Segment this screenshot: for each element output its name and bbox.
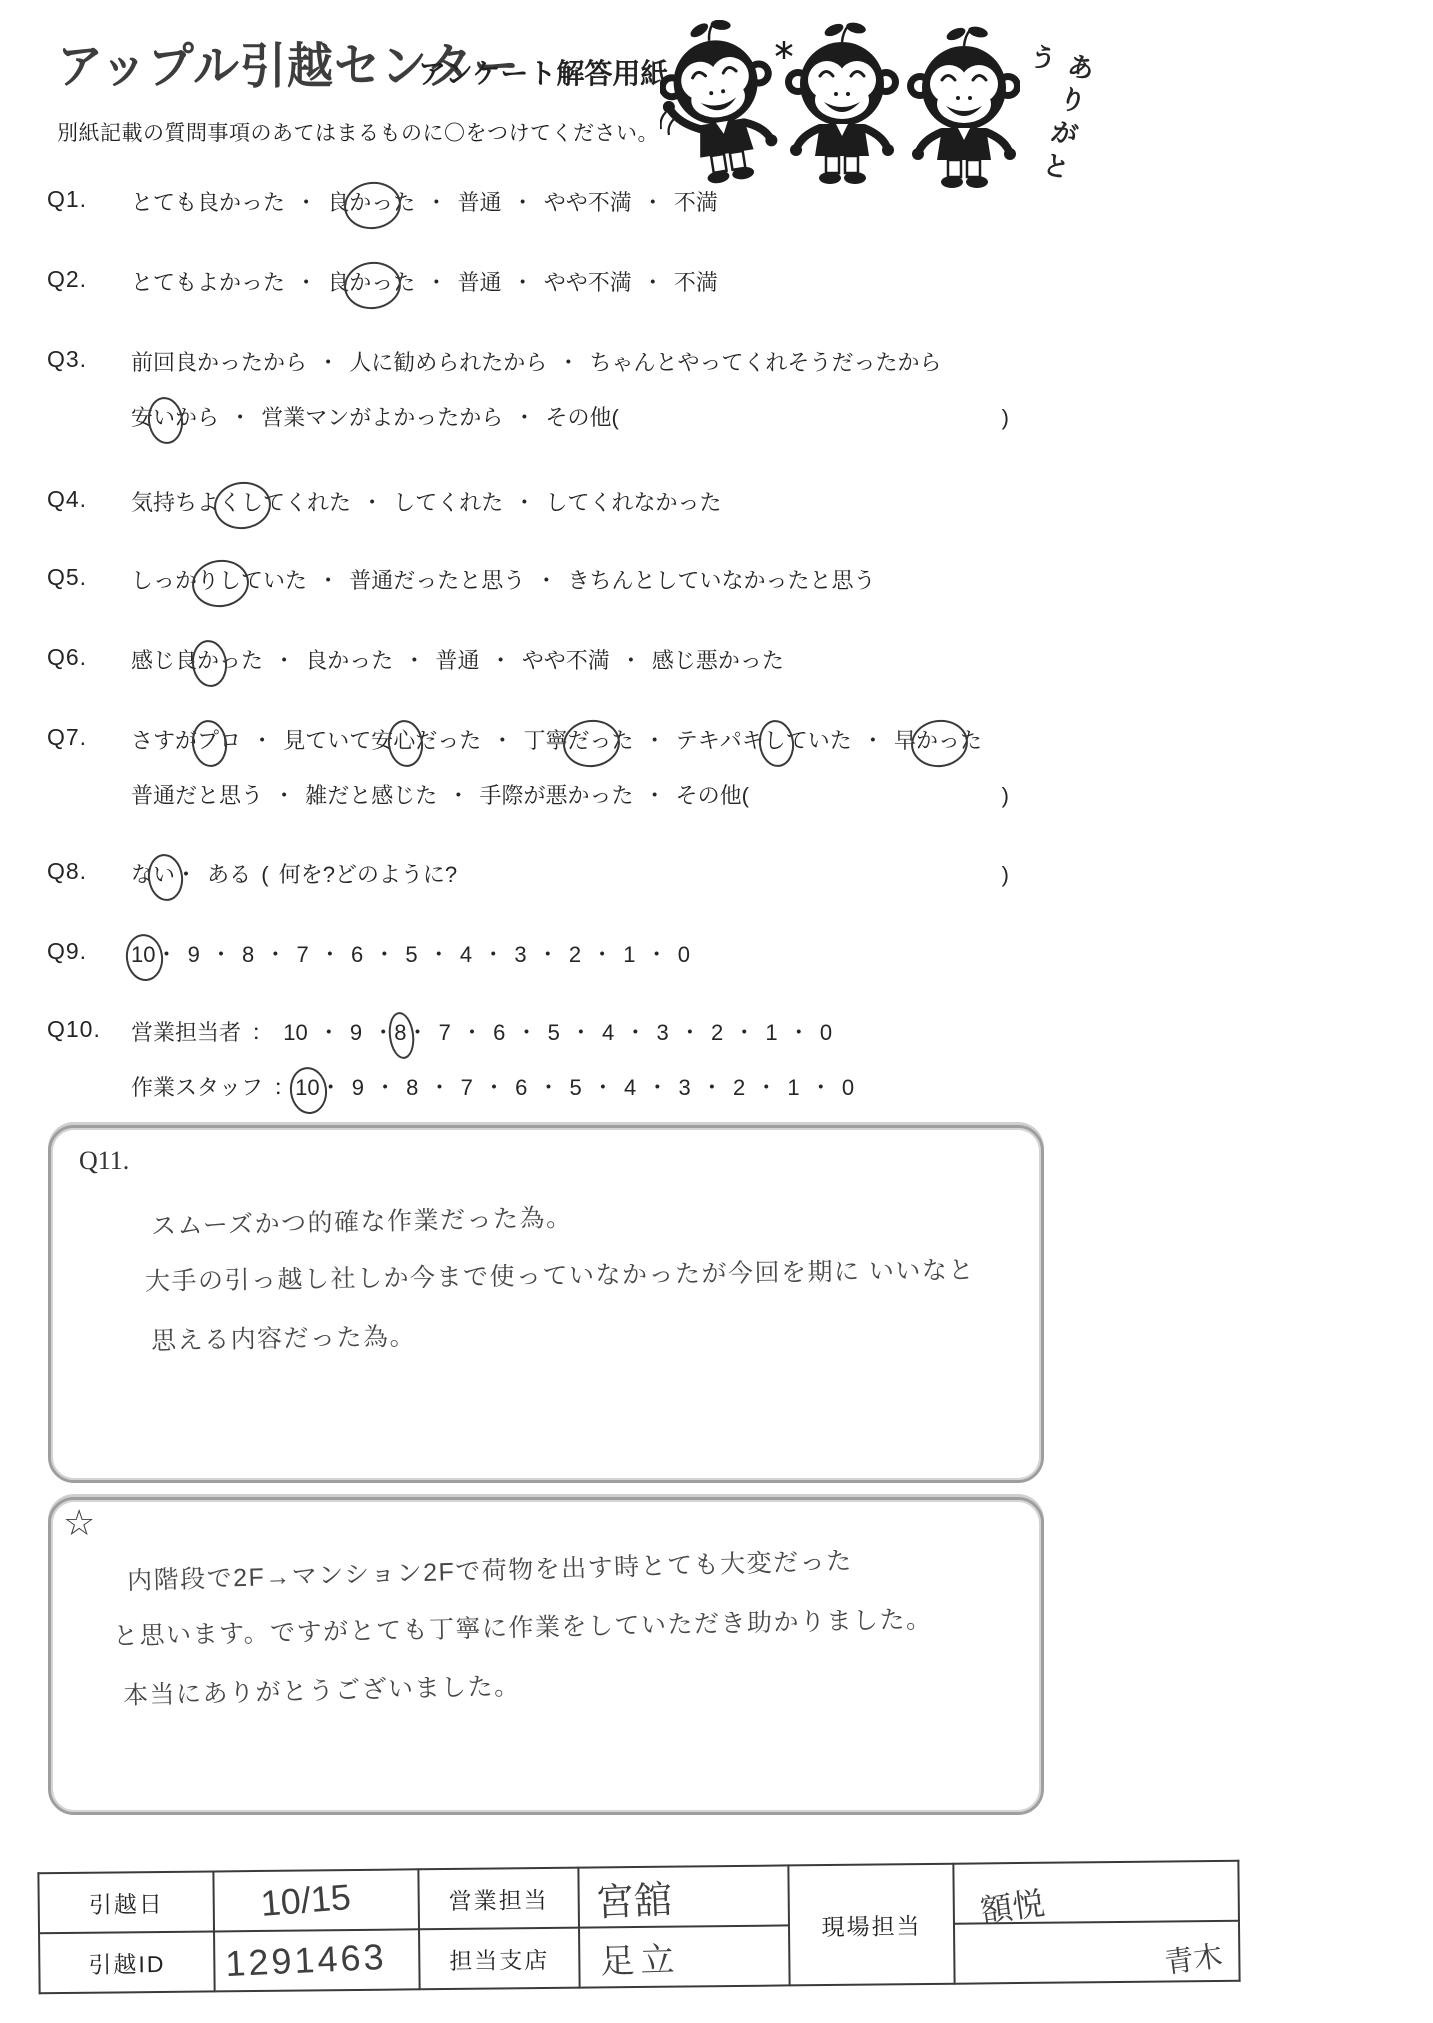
question-label: Q1. (47, 186, 131, 213)
circled-answer: くし (219, 486, 263, 520)
option-text: た ・ 普通 ・ やや不満 ・ 不満 (393, 266, 718, 300)
question-q5: Q5.しっかりしていた ・ 普通だったと思う ・ きちんとしていなかったと思う (47, 564, 1057, 619)
option-text: ロ ・ 見ていて安 (219, 724, 393, 758)
option-text: ・ 9 ・ 8 ・ 7 ・ 6 ・ 5 ・ 4 ・ 3 ・ 2 ・ 1 ・ 0 (320, 1071, 855, 1105)
q11-label: Q11. (79, 1146, 129, 1176)
star-icon: ☆ (63, 1502, 95, 1544)
form-title: アンケート解答用紙 (418, 52, 668, 92)
question-label: Q9. (47, 938, 131, 965)
branch-label: 担当支店 (419, 1928, 580, 1990)
move-id-value: 1291463 (224, 1936, 387, 1985)
question-options-line: とても良かった ・ 良かった ・ 普通 ・ やや不満 ・ 不満 (131, 186, 1009, 220)
option-text: 気持ちよ (131, 486, 219, 520)
branch-name: 足立 (600, 1931, 681, 1982)
site-crew-label: 現場担当 (788, 1864, 954, 1986)
question-label: Q2. (47, 266, 131, 293)
question-label: Q4. (47, 486, 131, 513)
mascot-illustration: ありがとう (660, 20, 1080, 200)
close-paren: ) (1002, 401, 1009, 435)
site-crew-name-2: 青木 (1162, 1934, 1225, 1982)
question-label: Q6. (47, 644, 131, 671)
question-q4: Q4.気持ちよくしてくれた ・ してくれた ・ してくれなかった (47, 486, 1057, 541)
option-text: ていた ・ 早 (786, 724, 916, 758)
monkey-mascots-drawing (660, 20, 1020, 200)
circled-answer: し (764, 724, 786, 758)
close-paren: ) (1002, 858, 1009, 892)
circled-answer: かっ (349, 266, 393, 300)
circled-answer: 10 (295, 1071, 319, 1105)
question-q8: Q8.ない ・ ある ( 何を?どのように?) (47, 858, 1057, 913)
option-text: た ・ 普通 ・ やや不満 ・ 不満 (393, 186, 718, 220)
q11-handwritten-answer: スムーズかつ的確な作業だった為。大手の引っ越し社しか今まで使っていなかったが今回… (151, 1200, 975, 1374)
circled-answer: い (153, 401, 175, 435)
option-text: とても良かった ・ 良 (131, 186, 349, 220)
question-options-line: ない ・ ある ( 何を?どのように?) (131, 858, 1009, 892)
option-text: ・ 7 ・ 6 ・ 5 ・ 4 ・ 3 ・ 2 ・ 1 ・ 0 (407, 1016, 833, 1050)
question-label: Q5. (47, 564, 131, 591)
circled-answer: だっ (568, 724, 612, 758)
question-label: Q3. (47, 346, 131, 373)
option-text: った ・ 良かった ・ 普通 ・ やや不満 ・ 感じ悪かった (219, 644, 784, 678)
handwritten-line: 内階段で2F→マンション2Fで荷物を出す時とても大変だった (127, 1541, 933, 1599)
option-text: てくれた ・ してくれた ・ してくれなかった (263, 486, 721, 520)
free-handwritten-comment: 内階段で2F→マンション2Fで荷物を出す時とても大変だったと思います。ですがとて… (113, 1552, 933, 1726)
question-q10: Q10.営業担当者 ： 10 ・ 9 ・ 8 ・ 7 ・ 6 ・ 5 ・ 4 ・… (47, 1016, 1057, 1126)
question-options-line: とてもよかった ・ 良かった ・ 普通 ・ やや不満 ・ 不満 (131, 266, 1009, 300)
question-options-line: さすがプロ ・ 見ていて安心だった ・ 丁寧だった ・ テキパキしていた ・ 早… (131, 724, 1009, 758)
option-text: さすが (131, 724, 197, 758)
question-options-line: 安いから ・ 営業マンがよかったから ・ その他() (131, 401, 1009, 435)
option-text: しっか (131, 564, 197, 598)
handwritten-line: 本当にありがとうございました。 (123, 1658, 933, 1714)
option-text: 感じ良 (131, 644, 197, 678)
option-text: 普通だと思う ・ 雑だと感じた ・ 手際が悪かった ・ その他( (131, 779, 749, 813)
option-text: から ・ 営業マンがよかったから ・ その他( (175, 401, 619, 435)
question-q7: Q7.さすがプロ ・ 見ていて安心だった ・ 丁寧だった ・ テキパキしていた … (47, 724, 1057, 834)
question-q3: Q3.前回良かったから ・ 人に勧められたから ・ ちゃんとやってくれそうだった… (47, 346, 1057, 456)
circled-answer: かっ (349, 186, 393, 220)
question-options-line: 感じ良かった ・ 良かった ・ 普通 ・ やや不満 ・ 感じ悪かった (131, 644, 1009, 678)
sales-rep-label: 営業担当 (418, 1868, 579, 1930)
question-options-line: 10 ・ 9 ・ 8 ・ 7 ・ 6 ・ 5 ・ 4 ・ 3 ・ 2 ・ 1 ・… (131, 938, 1009, 972)
handwritten-line: スムーズかつ的確な作業だった為。 (151, 1191, 976, 1244)
question-label: Q7. (47, 724, 131, 751)
question-options-line: 気持ちよくしてくれた ・ してくれた ・ してくれなかった (131, 486, 1009, 520)
option-text: だった ・ 丁寧 (415, 724, 567, 758)
circled-answer: 8 (394, 1016, 406, 1050)
smiling-monkey-icon (785, 21, 899, 184)
question-options-line: 普通だと思う ・ 雑だと感じた ・ 手際が悪かった ・ その他() (131, 779, 1009, 813)
circled-answer: プ (197, 724, 219, 758)
close-paren: ) (1002, 779, 1009, 813)
circled-answer: い (153, 858, 175, 892)
question-q9: Q9.10 ・ 9 ・ 8 ・ 7 ・ 6 ・ 5 ・ 4 ・ 3 ・ 2 ・ … (47, 938, 1057, 993)
sales-rep-name: 宮舘 (594, 1868, 672, 1926)
free-comment-box: ☆ 内階段で2F→マンション2Fで荷物を出す時とても大変だったと思います。ですが… (48, 1497, 1044, 1815)
option-text: ・ ある ( 何を?どのように? (175, 858, 457, 892)
footer-info-table: 引越日 10/15 営業担当 宮舘 現場担当 額悦 引越ID 1291463 担… (37, 1860, 1240, 1995)
circled-answer: りし (197, 564, 241, 598)
circled-answer: か (197, 644, 219, 678)
question-options-line: 前回良かったから ・ 人に勧められたから ・ ちゃんとやってくれそうだったから (131, 346, 1009, 380)
survey-answer-sheet: アップル引越センター アンケート解答用紙 別紙記載の質問事項のあてはまるものに〇… (0, 0, 1433, 2023)
option-text: 作業スタッフ ： (131, 1071, 295, 1105)
question-q1: Q1.とても良かった ・ 良かった ・ 普通 ・ やや不満 ・ 不満 (47, 186, 1057, 241)
move-date-label: 引越日 (38, 1871, 214, 1933)
option-text: とてもよかった ・ 良 (131, 266, 349, 300)
q11-comment-box: Q11. スムーズかつ的確な作業だった為。大手の引っ越し社しか今まで使っていなか… (48, 1125, 1044, 1483)
option-text: ていた ・ 普通だったと思う ・ きちんとしていなかったと思う (241, 564, 875, 598)
circled-answer: 心 (393, 724, 415, 758)
handwritten-line: 大手の引っ越し社しか今まで使っていなかったが今回を期に いいなと (145, 1252, 975, 1300)
option-text: た ・ テキパキ (612, 724, 764, 758)
instruction-text: 別紙記載の質問事項のあてはまるものに〇をつけてください。 (57, 117, 659, 147)
handwritten-line: と思います。ですがとても丁寧に作業をしていただき助かりました。 (113, 1601, 933, 1654)
circled-answer: 10 (131, 938, 155, 972)
question-options-line: 営業担当者 ： 10 ・ 9 ・ 8 ・ 7 ・ 6 ・ 5 ・ 4 ・ 3 ・… (131, 1016, 1009, 1050)
option-text: 前回良かったから ・ 人に勧められたから ・ ちゃんとやってくれそうだったから (131, 346, 941, 380)
move-id-label: 引越ID (39, 1931, 215, 1993)
sparkle-icon (776, 41, 792, 59)
question-label: Q8. (47, 858, 131, 885)
question-q6: Q6.感じ良かった ・ 良かった ・ 普通 ・ やや不満 ・ 感じ悪かった (47, 644, 1057, 699)
circled-answer: かっ (916, 724, 960, 758)
question-q2: Q2.とてもよかった ・ 良かった ・ 普通 ・ やや不満 ・ 不満 (47, 266, 1057, 321)
move-date-value: 10/15 (259, 1876, 352, 1925)
winking-monkey-icon (660, 20, 788, 190)
option-text: ・ 9 ・ 8 ・ 7 ・ 6 ・ 5 ・ 4 ・ 3 ・ 2 ・ 1 ・ 0 (155, 938, 690, 972)
question-label: Q10. (47, 1016, 131, 1043)
handwritten-line: 思える内容だった為。 (151, 1309, 975, 1359)
option-text: 営業担当者 ： 10 ・ 9 ・ (131, 1016, 394, 1050)
question-options-line: 作業スタッフ ： 10 ・ 9 ・ 8 ・ 7 ・ 6 ・ 5 ・ 4 ・ 3 … (131, 1071, 1009, 1105)
question-options-line: しっかりしていた ・ 普通だったと思う ・ きちんとしていなかったと思う (131, 564, 1009, 598)
